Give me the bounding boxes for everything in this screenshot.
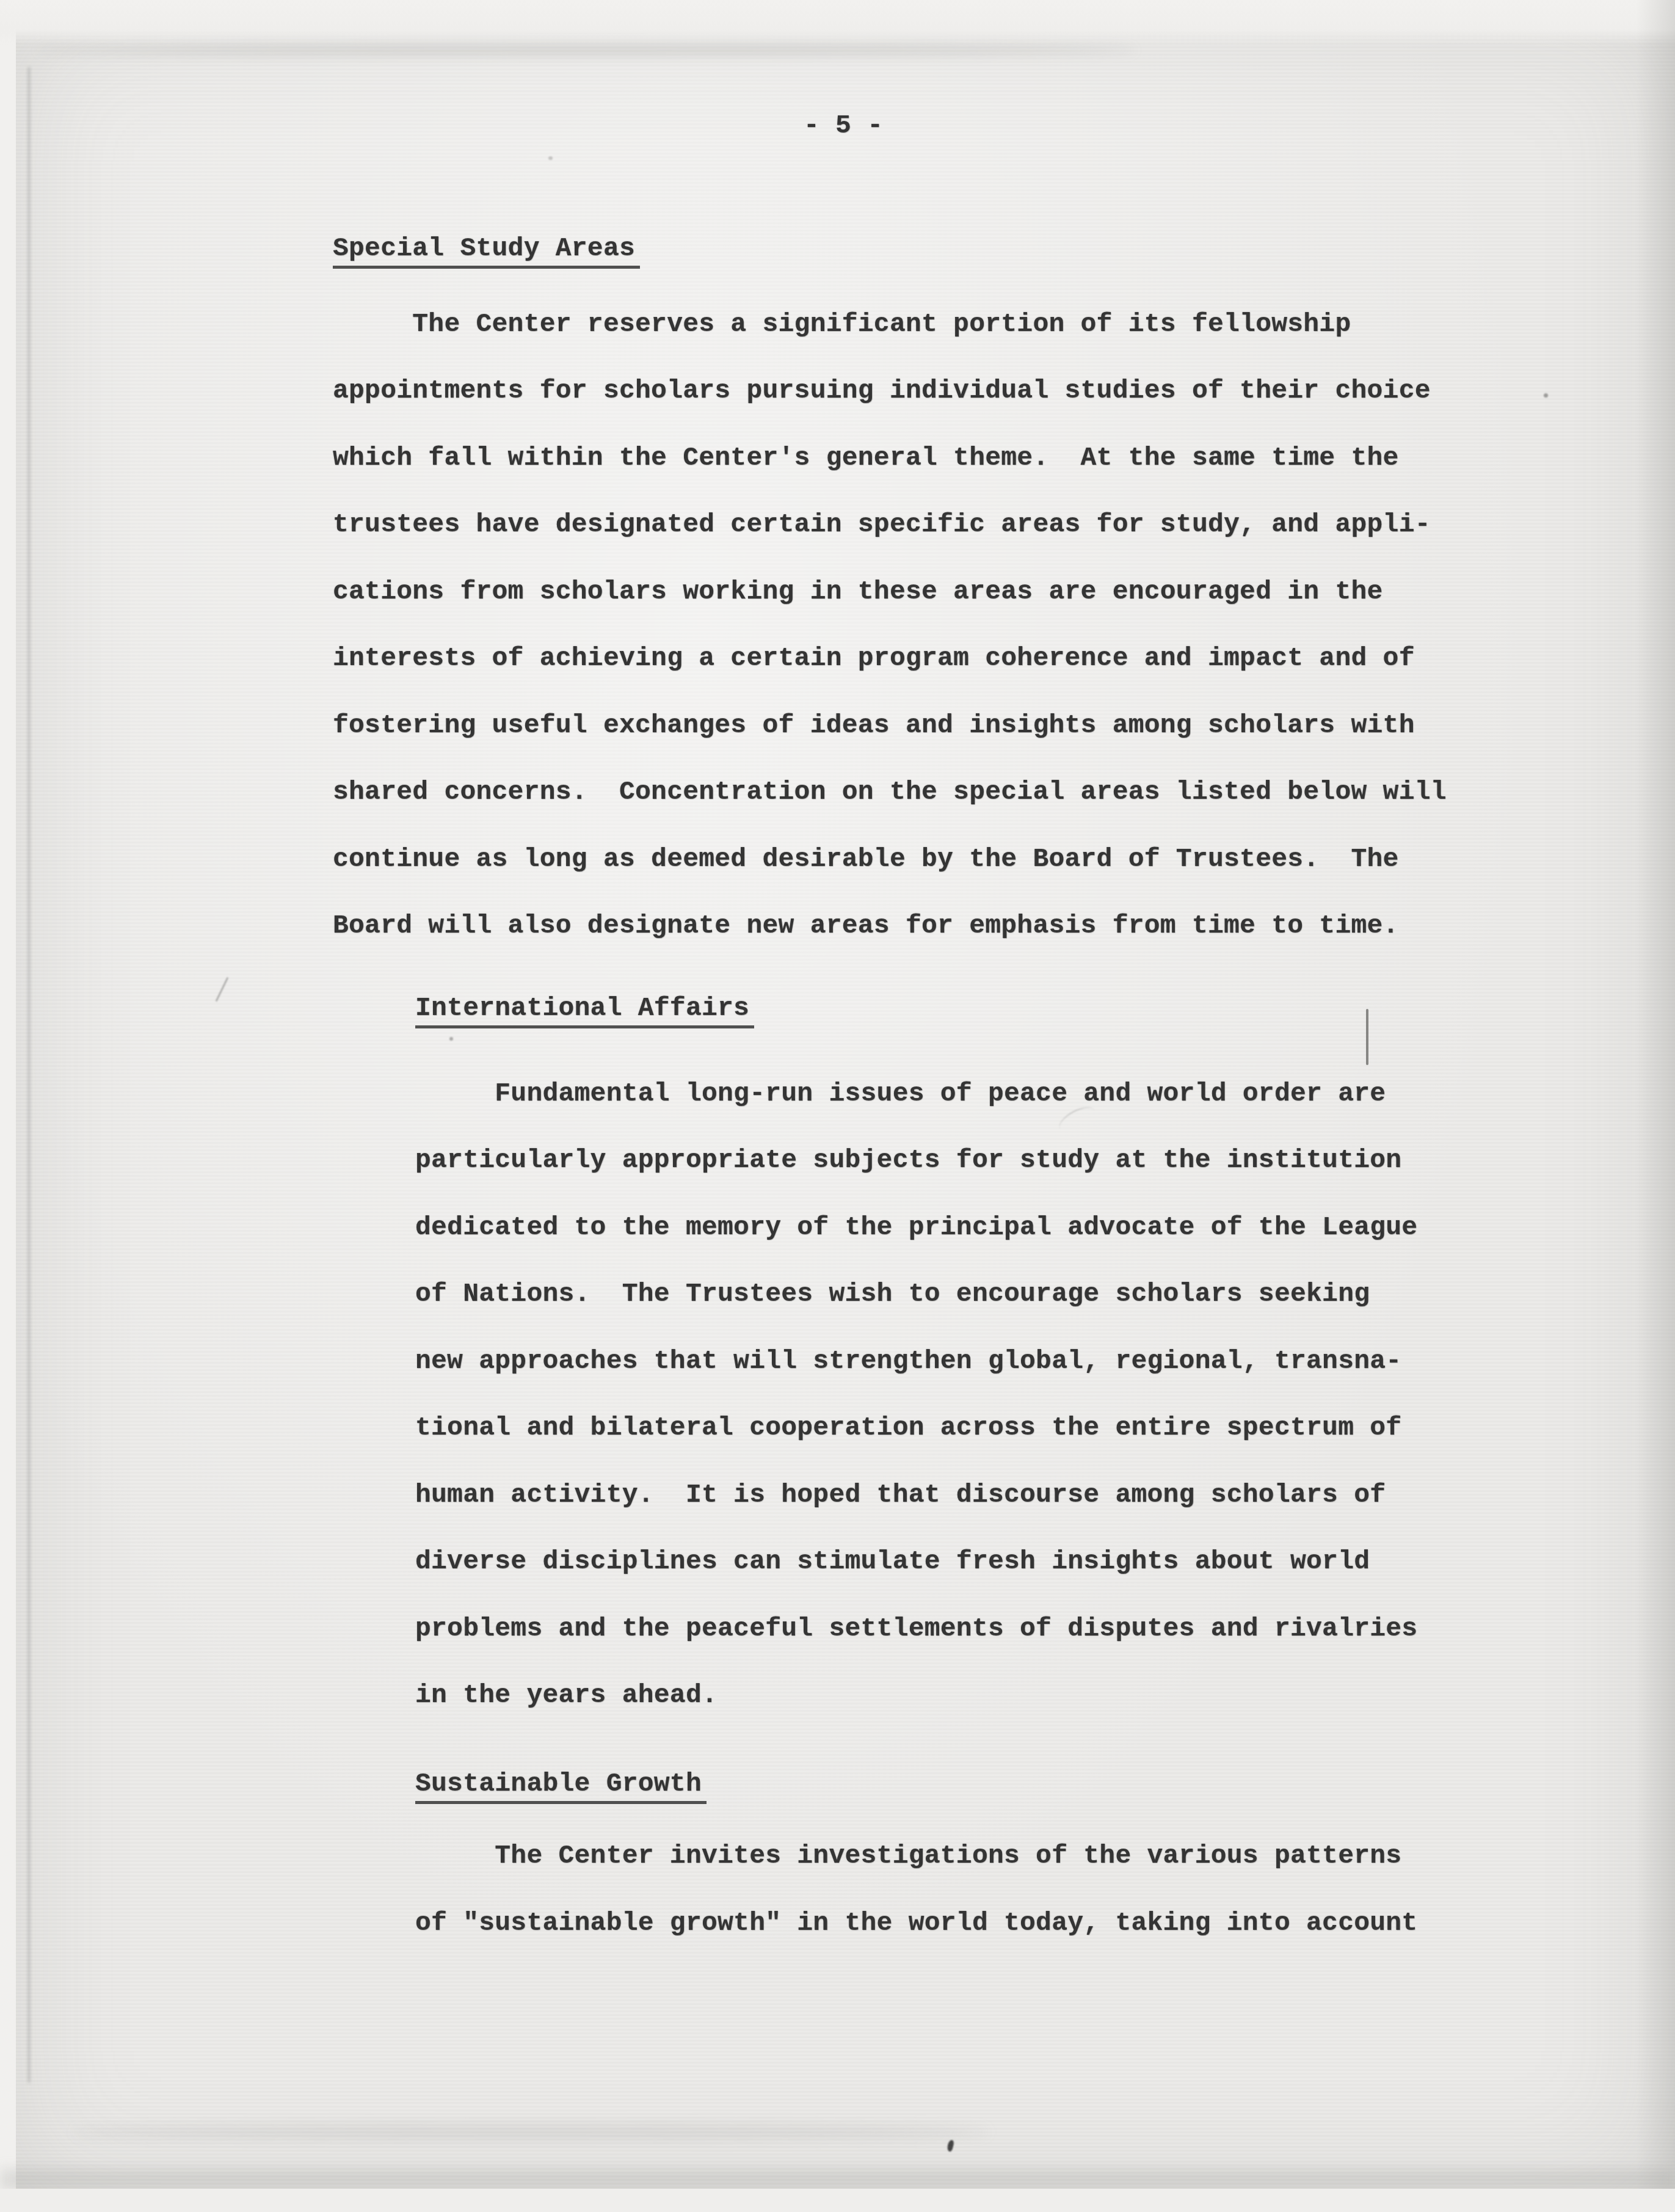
section-heading-special-study-areas: Special Study Areas: [333, 235, 640, 269]
paper-edge-line-left: [27, 67, 31, 2083]
subsection-heading-international-affairs: International Affairs: [415, 995, 754, 1028]
body-line: diverse disciplines can stimulate fresh …: [415, 1548, 1370, 1574]
body-line: interests of achieving a certain program…: [333, 645, 1415, 671]
paper-smudge-bottom: [73, 2124, 989, 2140]
paper-speck: [1544, 393, 1548, 398]
ink-speck: [947, 2139, 954, 2152]
paper-speck: [449, 1037, 453, 1041]
body-line: particularly appropriate subjects for st…: [415, 1147, 1401, 1173]
pen-slash-mark: [216, 977, 229, 1002]
subsection-heading-sustainable-growth: Sustainable Growth: [415, 1770, 707, 1804]
body-line: problems and the peaceful settlements of…: [415, 1615, 1417, 1642]
paper-edge-shadow-bottom: [0, 2169, 1675, 2190]
body-line: continue as long as deemed desirable by …: [333, 846, 1399, 872]
body-line: of "sustainable growth" in the world tod…: [415, 1910, 1417, 1936]
body-line: The Center invites investigations of the…: [415, 1843, 1401, 1869]
body-line: Board will also designate new areas for …: [333, 912, 1399, 939]
body-line: Fundamental long-run issues of peace and…: [415, 1080, 1386, 1107]
body-line: cations from scholars working in these a…: [333, 578, 1383, 605]
body-line: human activity. It is hoped that discour…: [415, 1482, 1386, 1508]
page-number: - 5 -: [804, 112, 883, 139]
scan-edge-right: [1636, 0, 1675, 2212]
body-line: The Center reserves a significant portio…: [333, 311, 1351, 337]
scan-edge-top: [0, 0, 1675, 45]
body-line: appointments for scholars pursuing indiv…: [333, 377, 1431, 404]
body-line: in the years ahead.: [415, 1682, 718, 1708]
scanned-document-page: - 5 - Special Study Areas The Center res…: [0, 0, 1675, 2212]
body-line: trustees have designated certain specifi…: [333, 511, 1431, 537]
body-line: of Nations. The Trustees wish to encoura…: [415, 1281, 1370, 1307]
body-line: dedicated to the memory of the principal…: [415, 1214, 1417, 1240]
body-line: new approaches that will strengthen glob…: [415, 1348, 1401, 1374]
body-line: shared concerns. Concentration on the sp…: [333, 779, 1447, 805]
scan-edge-left: [0, 0, 16, 2212]
paper-edge-shadow-top: [37, 45, 1136, 55]
paper-speck: [548, 156, 553, 160]
pen-vertical-mark: [1366, 1009, 1368, 1065]
scan-edge-bottom: [0, 2189, 1675, 2212]
body-line: tional and bilateral cooperation across …: [415, 1414, 1401, 1441]
body-line: fostering useful exchanges of ideas and …: [333, 712, 1415, 738]
body-line: which fall within the Center's general t…: [333, 445, 1399, 471]
